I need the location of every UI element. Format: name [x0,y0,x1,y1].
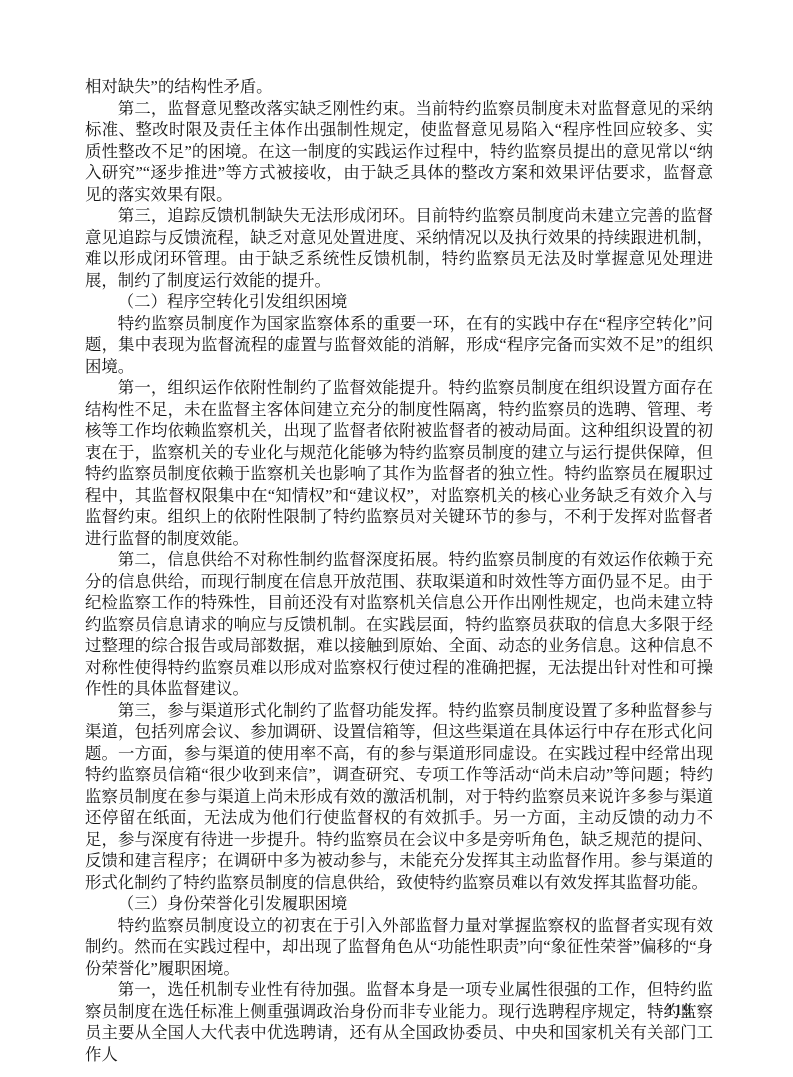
section-heading-3: （三）身份荣誉化引发履职困境 [85,893,713,915]
paragraph: 第二，监督意见整改落实缺乏刚性约束。当前特约监察员制度未对监督意见的采纳标准、整… [85,98,713,206]
section-heading-2: （二）程序空转化引发组织困境 [85,291,713,313]
paragraph: 第一，选任机制专业性有待加强。监督本身是一项专业属性很强的工作，但特约监察员制度… [85,979,713,1065]
paragraph: 第一，组织运作依附性制约了监督效能提升。特约监察员制度在组织设置方面存在结构性不… [85,377,713,549]
page-number: · 119 · [655,1001,703,1021]
paragraph: 第三，追踪反馈机制缺失无法形成闭环。目前特约监察员制度尚未建立完善的监督意见追踪… [85,205,713,291]
document-page: 相对缺失”的结构性矛盾。 第二，监督意见整改落实缺乏刚性约束。当前特约监察员制度… [0,0,793,1077]
paragraph: 第三，参与渠道形式化制约了监督功能发挥。特约监察员制度设置了多种监督参与渠道，包… [85,700,713,894]
paragraph: 第二，信息供给不对称性制约监督深度拓展。特约监察员制度的有效运作依赖于充分的信息… [85,549,713,700]
body-text-block: 相对缺失”的结构性矛盾。 第二，监督意见整改落实缺乏刚性约束。当前特约监察员制度… [85,76,713,1065]
paragraph-continuation: 相对缺失”的结构性矛盾。 [85,76,713,98]
paragraph: 特约监察员制度设立的初衷在于引入外部监督力量对掌握监察权的监督者实现有效制约。然… [85,915,713,980]
paragraph: 特约监察员制度作为国家监察体系的重要一环，在有的实践中存在“程序空转化”问题，集… [85,313,713,378]
